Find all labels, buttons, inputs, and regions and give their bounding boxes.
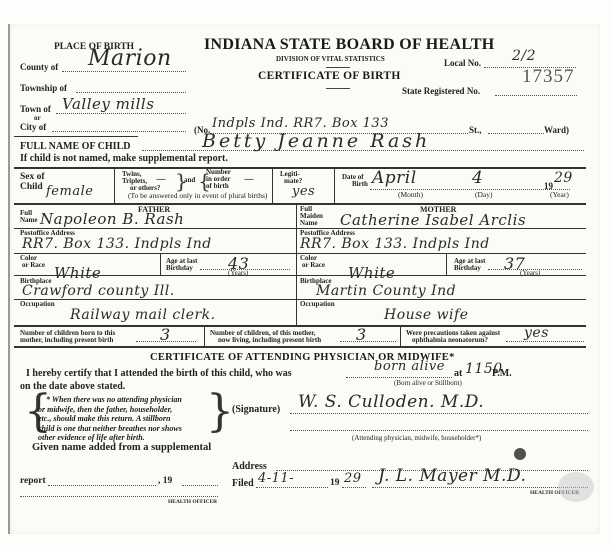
- mother-color-value: White: [348, 264, 395, 282]
- mother-address-value: RR7. Box 133. Indpls Ind: [300, 236, 490, 252]
- ward-field: [488, 122, 544, 134]
- ophthalmia-value: yes: [524, 325, 549, 341]
- local-no-label: Local No.: [444, 58, 481, 68]
- street-label: St.,: [469, 125, 482, 135]
- dob-day: 4: [472, 168, 483, 188]
- sex-label: Sex of Child: [20, 172, 45, 192]
- signature-field: W. S. Culloden. M.D.: [290, 402, 588, 414]
- division-label: DIVISION OF VITAL STATISTICS: [276, 56, 385, 63]
- county-label: County of: [20, 62, 58, 72]
- state-registered-label: State Registered No.: [402, 86, 480, 96]
- mother-birthplace-value: Martin County Ind: [316, 283, 456, 299]
- month-caption: (Month): [398, 191, 423, 198]
- child-name-label: FULL NAME OF CHILD: [20, 141, 130, 152]
- agency-title: INDIANA STATE BOARD OF HEALTH: [204, 36, 495, 54]
- father-color-value: White: [54, 264, 101, 282]
- ward-label: Ward): [544, 125, 569, 135]
- report-health-officer-label: HEALTH OFFICER: [168, 499, 217, 506]
- children-born-value: 3: [160, 325, 171, 344]
- filed-year: 29: [344, 471, 362, 486]
- father-address-value: RR7. Box 133. Indpls Ind: [22, 236, 212, 252]
- twins-value: —: [156, 174, 166, 185]
- mother-occupation-value: House wife: [384, 307, 469, 323]
- father-age-label: Age at last Birthday: [166, 258, 198, 272]
- birth-order-value: —: [244, 174, 254, 185]
- legitimate-label: Legiti- mate?: [280, 171, 302, 185]
- or-label: or: [34, 115, 41, 122]
- ophthalmia-label: Were precautions taken against ophthalmi…: [406, 330, 500, 344]
- health-officer-signature-field: J. L. Mayer M.D.: [372, 476, 588, 488]
- report-label: report: [20, 476, 46, 486]
- state-registered-number: 17357: [522, 66, 575, 88]
- signature-label: (Signature): [232, 404, 280, 415]
- footnote: * When there was no attending physician …: [38, 395, 182, 443]
- town-field: Valley mills: [56, 102, 186, 114]
- filed-label: Filed: [232, 478, 254, 489]
- year-caption: (Year): [550, 191, 569, 198]
- legitimate-value: yes: [292, 184, 315, 199]
- born-status-caption: (Born alive or Stillborn): [394, 380, 462, 387]
- children-living-value: 3: [356, 325, 367, 344]
- pm-label: P.M.: [492, 368, 512, 379]
- mother-age-label: Age at last Birthday: [454, 258, 486, 272]
- sex-value: female: [46, 184, 93, 199]
- town-label: Town of: [20, 104, 51, 114]
- filed-date-field: 4-11-: [256, 476, 328, 488]
- born-status-value: born alive: [374, 359, 445, 374]
- stain: [558, 472, 594, 502]
- mother-color-label: Color or Race: [300, 255, 325, 269]
- report-date-field: [48, 474, 156, 486]
- filed-year-prefix: 19: [330, 478, 340, 488]
- children-born-label: Number of children born to this mother, …: [20, 330, 115, 344]
- city-field: [52, 120, 186, 132]
- father-occupation-label: Occupation: [20, 301, 55, 308]
- county-field: Marion: [62, 60, 186, 72]
- township-field: [76, 81, 186, 93]
- children-living-label: Number of children, of this mother, now …: [210, 330, 321, 344]
- certify-text: I hereby certify that I attended the bir…: [26, 368, 292, 379]
- birth-order-label: Number in order of birth: [206, 169, 231, 190]
- supplemental-note: If child is not named, make supplemental…: [20, 153, 228, 164]
- mother-occupation-label: Occupation: [300, 301, 335, 308]
- father-occupation-value: Railway mail clerk.: [70, 307, 216, 323]
- signer-role-caption: (Attending physician, midwife, household…: [352, 435, 481, 442]
- mother-name-label: Full Maiden Name: [300, 206, 323, 227]
- father-birthplace-value: Crawford county Ill.: [22, 283, 175, 299]
- at-label: at: [454, 368, 462, 379]
- ink-blot: [514, 448, 526, 460]
- child-name-field: Betty Jeanne Rash: [142, 138, 584, 151]
- twins-label: Twins, Triplets, or others?: [122, 171, 160, 192]
- father-color-label: Color or Race: [20, 255, 45, 269]
- report-officer-field: [20, 488, 218, 497]
- city-label: City of: [20, 122, 46, 132]
- certificate-title: CERTIFICATE OF BIRTH: [258, 70, 401, 82]
- and-label: and: [184, 177, 195, 184]
- report-year-prefix: , 19: [158, 476, 172, 486]
- day-caption: (Day): [475, 191, 493, 198]
- mother-name-value: Catherine Isabel Arclis: [340, 211, 526, 229]
- township-label: Township of: [20, 83, 67, 93]
- plural-births-note: (To be answered only in event of plural …: [128, 192, 267, 199]
- dob-month: April: [372, 168, 417, 188]
- dob-year: 29: [554, 170, 573, 186]
- date-of-birth-label: Date of Birth: [342, 174, 368, 188]
- given-name-text: Given name added from a supplemental: [32, 442, 211, 453]
- father-name-label: Full Name: [20, 210, 38, 224]
- father-name-value: Napoleon B. Rash: [40, 210, 184, 228]
- birth-certificate: PLACE OF BIRTH INDIANA STATE BOARD OF HE…: [8, 24, 600, 534]
